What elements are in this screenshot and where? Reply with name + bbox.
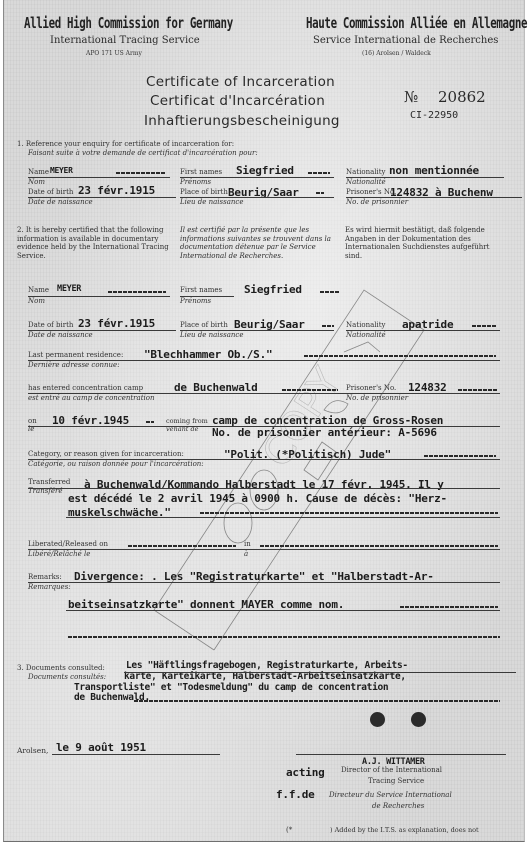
- svg-text:COPY: COPY: [254, 360, 351, 475]
- certificate-document: Allied High Commission for Germany Inter…: [3, 0, 525, 842]
- copy-stamp: COPY: [4, 0, 524, 841]
